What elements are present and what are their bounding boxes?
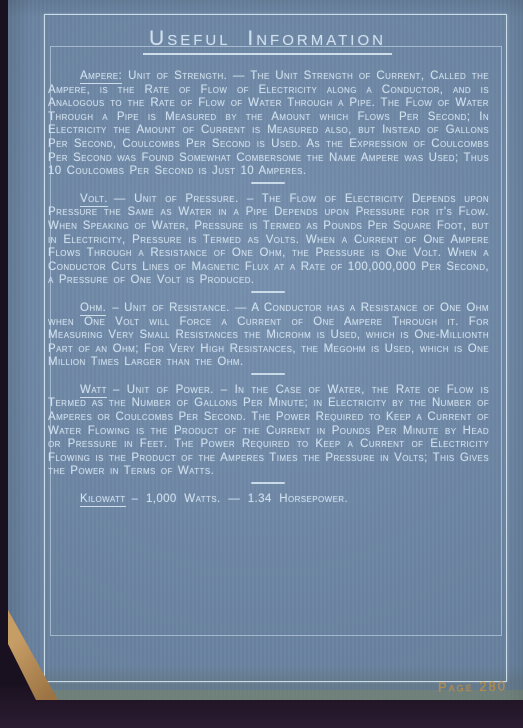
page-content: Useful Information Ampere:Unit of Streng… xyxy=(38,0,497,509)
term-watt: Watt xyxy=(80,384,107,398)
paragraph-ohm-text: – Unit of Resistance. — A Conductor has … xyxy=(48,302,489,368)
section-divider xyxy=(251,291,285,293)
paragraph-watt: Watt– Unit of Power. – In the Case of Wa… xyxy=(48,384,489,479)
term-ohm: Ohm. xyxy=(80,302,106,316)
paragraph-ampere-text: Unit of Strength. — The Unit Strength of… xyxy=(48,70,489,177)
paragraph-volt-text: — Unit of Pressure. – The Flow of Electr… xyxy=(48,193,489,287)
term-volt: Volt. xyxy=(80,193,108,207)
term-kilowatt: Kilowatt xyxy=(80,493,126,507)
section-divider xyxy=(251,482,285,484)
notebook-page: Useful Information Ampere:Unit of Streng… xyxy=(8,0,523,700)
term-ampere: Ampere: xyxy=(80,70,122,84)
section-divider xyxy=(251,373,285,375)
section-divider xyxy=(251,182,285,184)
paragraph-kilowatt: Kilowatt– 1,000 Watts. — 1.34 Horsepower… xyxy=(48,493,489,507)
paragraph-kilowatt-text: – 1,000 Watts. — 1.34 Horsepower. xyxy=(132,493,349,505)
paragraph-volt: Volt.— Unit of Pressure. – The Flow of E… xyxy=(48,193,489,288)
page-title: Useful Information xyxy=(143,27,392,55)
page-number-stamp: Page 280 xyxy=(438,678,507,694)
paragraph-watt-text: – Unit of Power. – In the Case of Water,… xyxy=(48,384,489,478)
paragraph-ohm: Ohm.– Unit of Resistance. — A Conductor … xyxy=(48,302,489,370)
paragraph-ampere: Ampere:Unit of Strength. — The Unit Stre… xyxy=(48,70,489,179)
